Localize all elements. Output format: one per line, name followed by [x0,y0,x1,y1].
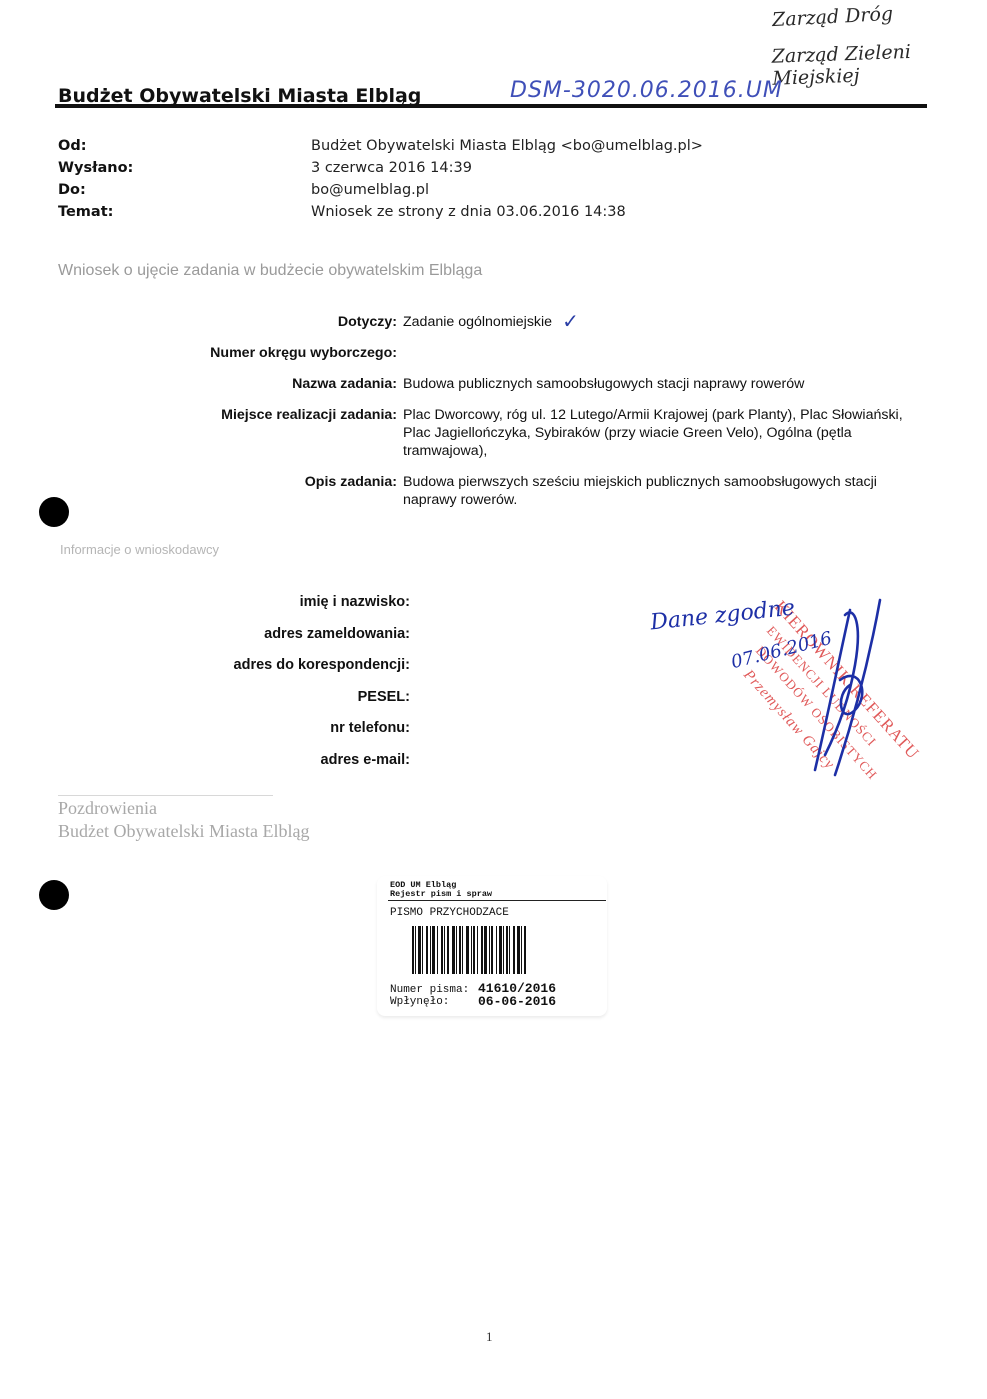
meta-row-sent: Wysłano: 3 czerwca 2016 14:39 [58,157,758,179]
punch-hole-top [39,497,69,527]
task-form: Dotyczy: Zadanie ogólnomiejskie✓ Numer o… [190,313,930,522]
handwritten-signature-icon [800,585,900,785]
meta-label: Do: [58,179,311,201]
registry-received-label: Wpłynęło: [390,996,449,1008]
form-row-location: Miejsce realizacji zadania: Plac Dworcow… [190,406,930,460]
meta-row-to: Do: bo@umelblag.pl [58,179,758,201]
applicant-label-registered-address: adres zameldowania: [190,624,410,656]
page-number: 1 [486,1329,493,1345]
form-label: Nazwa zadania: [190,375,403,393]
registry-barcode-label: EOD UM Elbląg Rejestr pism i spraw PISMO… [377,876,607,1016]
form-label: Dotyczy: [190,313,403,331]
applicant-label-mailing-address: adres do korespondencji: [190,655,410,687]
form-label: Numer okręgu wyborczego: [190,344,403,362]
meta-label: Wysłano: [58,157,311,179]
handwritten-routing-note-2: Zarząd Zieleni Miejskiej [771,38,987,89]
registry-org-line-2: Rejestr pism i spraw [390,890,492,899]
registry-received-value: 06-06-2016 [478,994,556,1009]
closing-sender: Budżet Obywatelski Miasta Elbląg [58,821,309,842]
form-label: Miejsce realizacji zadania: [190,406,403,460]
applicant-label-phone: nr telefonu: [190,718,410,750]
meta-row-subject: Temat: Wniosek ze strony z dnia 03.06.20… [58,201,758,223]
applicant-section-title: Informacje o wnioskodawcy [60,542,219,557]
meta-label: Temat: [58,201,311,223]
meta-row-from: Od: Budżet Obywatelski Miasta Elbląg <bo… [58,135,758,157]
email-meta: Od: Budżet Obywatelski Miasta Elbląg <bo… [58,135,758,223]
form-row-task-name: Nazwa zadania: Budowa publicznych samoob… [190,375,930,393]
form-value-text: Zadanie ogólnomiejskie [403,314,552,330]
form-value-district [403,344,923,362]
form-row-district: Numer okręgu wyborczego: [190,344,930,362]
header-divider [55,104,927,108]
meta-value-subject: Wniosek ze strony z dnia 03.06.2016 14:3… [311,201,626,223]
form-row-description: Opis zadania: Budowa pierwszych sześciu … [190,473,930,509]
form-value-location: Plac Dworcowy, róg ul. 12 Lutego/Armii K… [403,406,923,460]
meta-label: Od: [58,135,311,157]
form-value-description: Budowa pierwszych sześciu miejskich publ… [403,473,923,509]
form-value-concerns: Zadanie ogólnomiejskie✓ [403,313,923,331]
registry-label-divider [388,900,606,901]
applicant-label-email: adres e-mail: [190,750,410,782]
closing-greeting: Pozdrowienia [58,798,157,819]
applicant-label-name: imię i nazwisko: [190,592,410,624]
form-title: Wniosek o ujęcie zadania w budżecie obyw… [58,262,482,280]
form-value-task-name: Budowa publicznych samoobsługowych stacj… [403,375,923,393]
handwritten-routing-note-1: Zarząd Dróg [772,3,894,31]
meta-value-sent: 3 czerwca 2016 14:39 [311,157,472,179]
check-mark-icon: ✓ [562,313,579,331]
registry-number-label: Numer pisma: [390,984,469,996]
form-label: Opis zadania: [190,473,403,509]
applicant-label-pesel: PESEL: [190,687,410,719]
handwritten-reference-number: DSM-3020.06.2016.UM [510,78,783,103]
meta-value-from: Budżet Obywatelski Miasta Elbląg <bo@ume… [311,135,703,157]
signature-divider [58,795,273,796]
official-stamp-area: KIEROWNIK REFERATU EWIDENCJI LUDNOŚCI DO… [640,585,960,805]
punch-hole-bottom [39,880,69,910]
form-row-concerns: Dotyczy: Zadanie ogólnomiejskie✓ [190,313,930,331]
applicant-fields: imię i nazwisko: adres zameldowania: adr… [190,592,410,781]
meta-value-to: bo@umelblag.pl [311,179,429,201]
registry-label-title: PISMO PRZYCHODZACE [390,907,509,919]
barcode-icon [412,926,582,974]
